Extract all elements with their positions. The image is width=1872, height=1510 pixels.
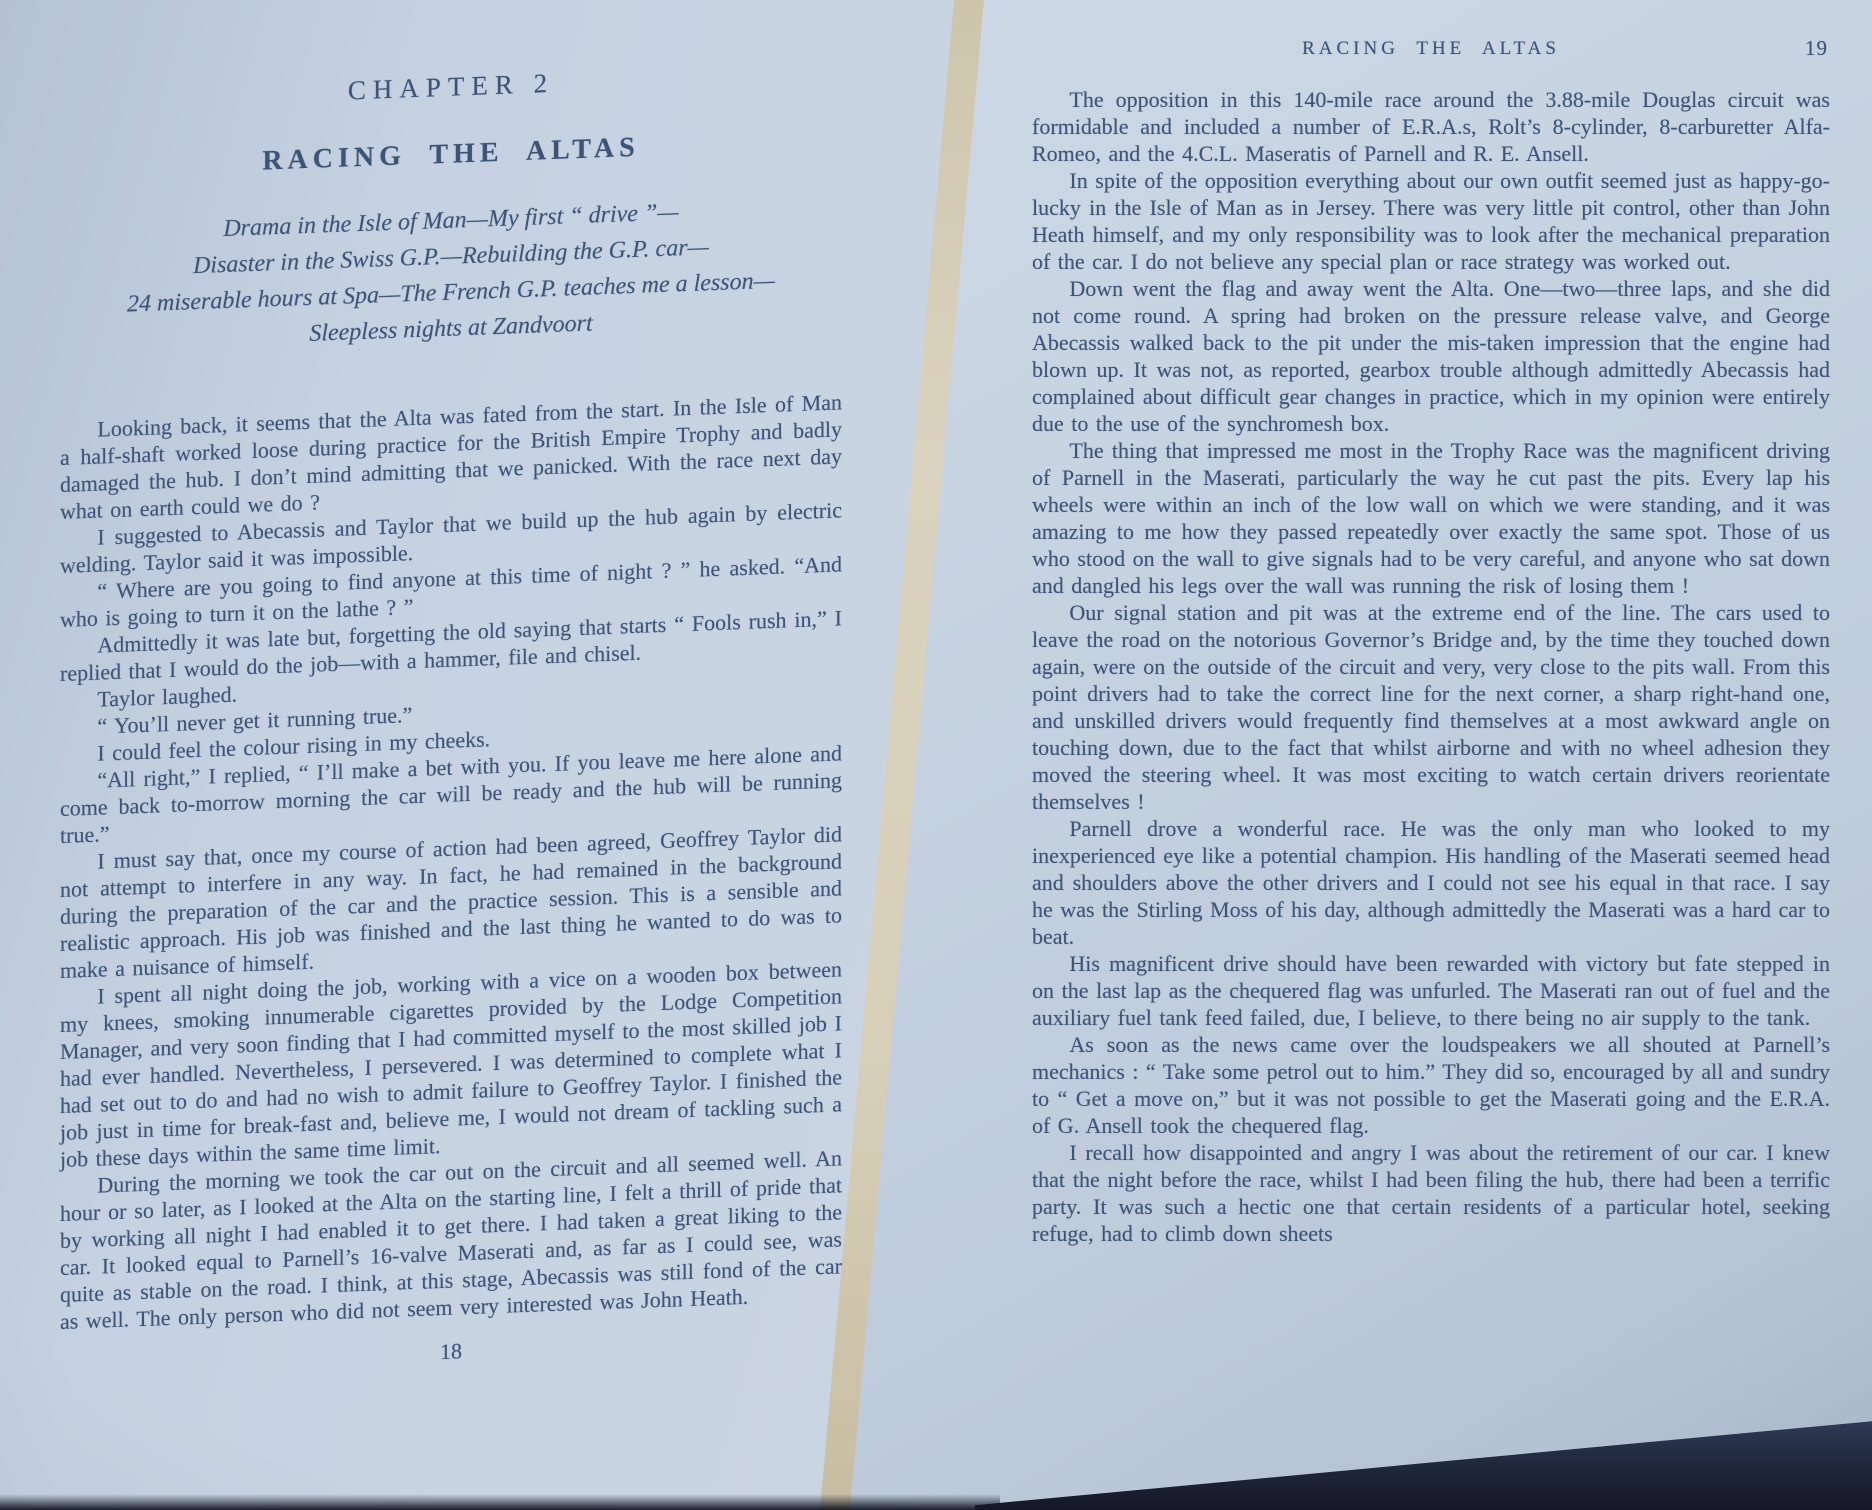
right-page-body: The opposition in this 140-mile race aro…: [1032, 86, 1830, 1247]
paragraph: I recall how disappointed and angry I wa…: [1032, 1139, 1830, 1247]
left-page-body: Looking back, it seems that the Alta was…: [60, 388, 842, 1335]
right-page-number: 19: [1805, 36, 1828, 61]
paragraph: I spent all night doing the job, working…: [60, 955, 842, 1173]
paragraph: The opposition in this 140-mile race aro…: [1032, 86, 1830, 167]
paragraph: Our signal station and pit was at the ex…: [1032, 599, 1830, 815]
paragraph: In spite of the opposition everything ab…: [1032, 167, 1830, 275]
chapter-epigraph: Drama in the Isle of Man—My first “ driv…: [60, 188, 842, 361]
paragraph: Down went the flag and away went the Alt…: [1032, 275, 1830, 437]
left-page-text: CHAPTER 2 RACING THE ALTAS Drama in the …: [60, 57, 842, 1379]
paragraph: The thing that impressed me most in the …: [1032, 437, 1830, 599]
paragraph: During the morning we took the car out o…: [60, 1144, 842, 1335]
right-page-text: RACING THE ALTAS 19 The opposition in th…: [1032, 38, 1830, 1247]
paragraph: Parnell drove a wonderful race. He was t…: [1032, 815, 1830, 950]
paragraph: As soon as the news came over the loudsp…: [1032, 1031, 1830, 1139]
running-header: RACING THE ALTAS 19: [1032, 38, 1830, 64]
book-photo: CHAPTER 2 RACING THE ALTAS Drama in the …: [0, 0, 1872, 1510]
book-bottom-shadow: [0, 1494, 1000, 1510]
running-header-title: RACING THE ALTAS: [1302, 38, 1560, 59]
chapter-title: RACING THE ALTAS: [60, 124, 842, 185]
paragraph: His magnificent drive should have been r…: [1032, 950, 1830, 1031]
